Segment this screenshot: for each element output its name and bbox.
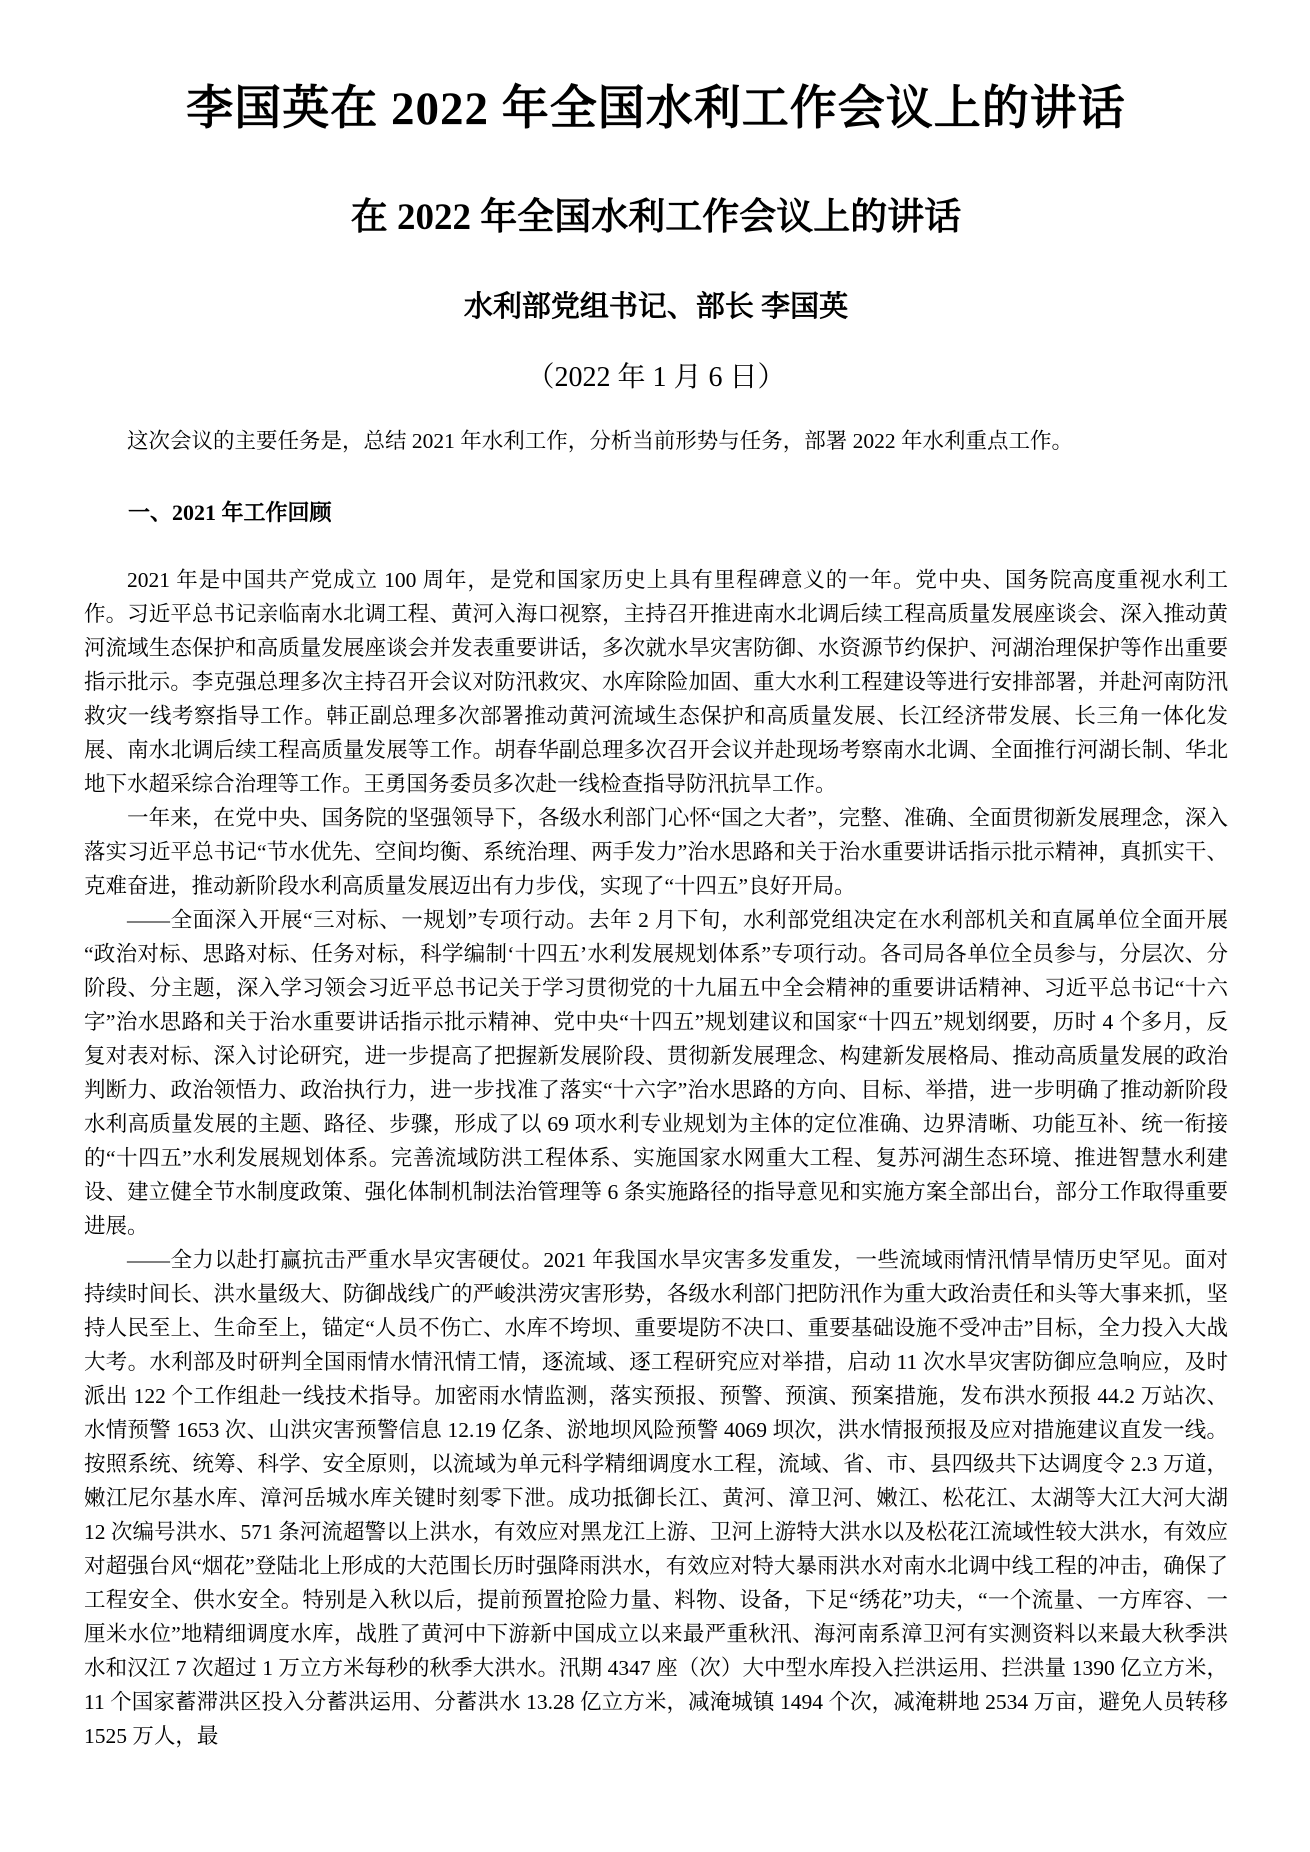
- section-body: 2021 年是中国共产党成立 100 周年，是党和国家历史上具有里程碑意义的一年…: [84, 563, 1228, 1753]
- document-page: 李国英在 2022 年全国水利工作会议上的讲话 在 2022 年全国水利工作会议…: [0, 0, 1310, 1852]
- paragraph: ——全面深入开展“三对标、一规划”专项行动。去年 2 月下旬，水利部党组决定在水…: [84, 903, 1228, 1243]
- paragraph: 2021 年是中国共产党成立 100 周年，是党和国家历史上具有里程碑意义的一年…: [84, 563, 1228, 801]
- section-heading: 一、2021 年工作回顾: [84, 496, 1228, 530]
- document-subtitle: 在 2022 年全国水利工作会议上的讲话: [84, 199, 1228, 236]
- paragraph: 一年来，在党中央、国务院的坚强领导下，各级水利部门心怀“国之大者”，完整、准确、…: [84, 801, 1228, 903]
- document-title: 李国英在 2022 年全国水利工作会议上的讲话: [84, 86, 1228, 133]
- byline: 水利部党组书记、部长 李国英: [84, 293, 1228, 322]
- date-line: （2022 年 1 月 6 日）: [84, 364, 1228, 392]
- intro-paragraph: 这次会议的主要任务是，总结 2021 年水利工作，分析当前形势与任务，部署 20…: [84, 424, 1228, 458]
- paragraph: ——全力以赴打赢抗击严重水旱灾害硬仗。2021 年我国水旱灾害多发重发，一些流域…: [84, 1243, 1228, 1753]
